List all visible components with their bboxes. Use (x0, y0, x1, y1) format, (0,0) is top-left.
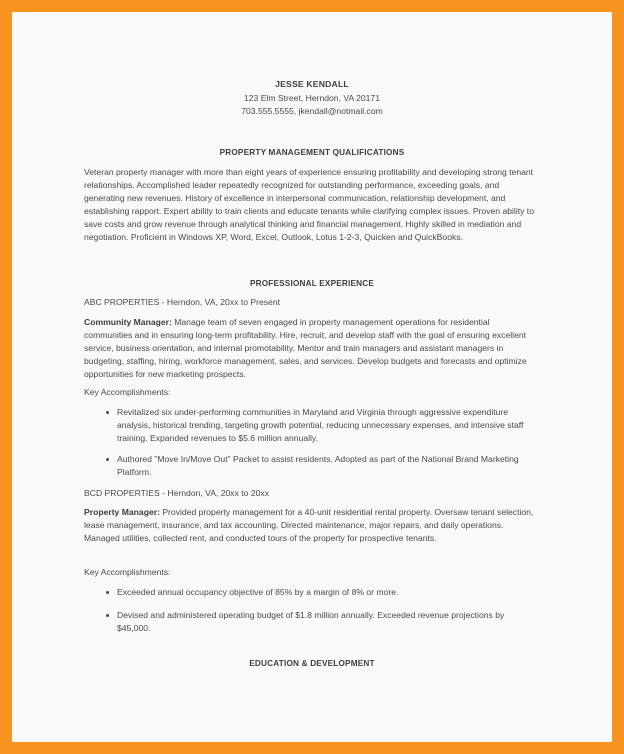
job-description: Property Manager: Provided property mana… (84, 506, 540, 545)
job-role: Property Manager: (84, 507, 160, 517)
candidate-address: 123 Elm Street, Herndon, VA 20171 (84, 92, 540, 105)
job-role: Community Manager: (84, 317, 172, 327)
job-company-line: ABC PROPERTIES - Herndon, VA, 20xx to Pr… (84, 296, 540, 309)
accomplishment-item: Exceeded annual occupancy objective of 8… (84, 586, 540, 599)
bullet-icon (106, 458, 109, 461)
qualifications-summary: Veteran property manager with more than … (84, 166, 540, 244)
job-company-line: BCD PROPERTIES - Herndon, VA, 20xx to 20… (84, 487, 540, 500)
job-description: Community Manager: Manage team of seven … (84, 316, 540, 381)
accomplishment-item: Revitalized six under-performing communi… (84, 406, 540, 445)
accomplishments-label: Key Accomplishments: (84, 566, 540, 579)
section-title-education: EDUCATION & DEVELOPMENT (84, 657, 540, 670)
bullet-icon (106, 591, 109, 594)
candidate-contact: 703.555.5555, jkendall@notmail.com (84, 105, 540, 118)
candidate-name: JESSE KENDALL (84, 78, 540, 91)
accomplishments-label: Key Accomplishments: (84, 386, 540, 399)
accomplishment-item: Authored "Move In/Move Out" Packet to as… (84, 453, 540, 479)
section-title-qualifications: PROPERTY MANAGEMENT QUALIFICATIONS (84, 146, 540, 159)
accomplishment-item: Devised and administered operating budge… (84, 609, 540, 635)
bullet-icon (106, 614, 109, 617)
section-title-experience: PROFESSIONAL EXPERIENCE (84, 277, 540, 290)
bullet-icon (106, 411, 109, 414)
resume-page: JESSE KENDALL 123 Elm Street, Herndon, V… (12, 12, 612, 742)
